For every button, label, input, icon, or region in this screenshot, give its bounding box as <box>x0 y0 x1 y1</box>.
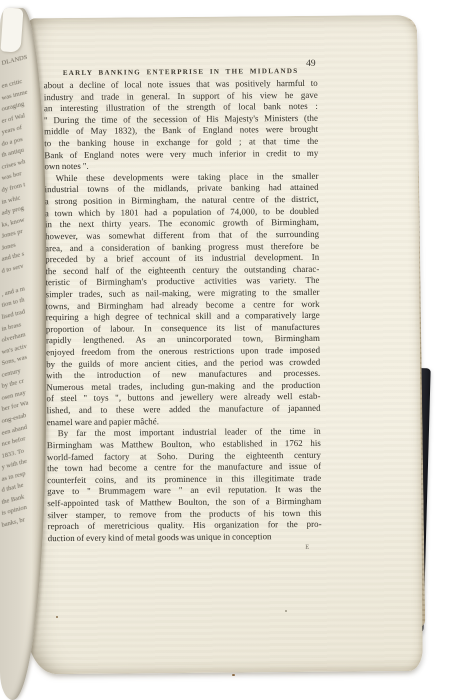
text-line: lished, and to these were added the manu… <box>47 403 321 417</box>
paragraph: By far the most important industrial lea… <box>47 426 322 544</box>
page-number: 49 <box>306 59 316 69</box>
text-line: reproach of meretricious quality. His or… <box>48 519 322 533</box>
text-block: about a decline of local note issues tha… <box>44 78 322 545</box>
book-photo: EARLY BANKING ENTERPRISE IN THE MIDLANDS… <box>0 0 452 700</box>
left-page-fragments: DLANDS en criticwas immeouraginger of Wa… <box>2 60 46 533</box>
paper-speck <box>56 616 58 618</box>
paragraph: about a decline of local note issues tha… <box>44 78 319 173</box>
running-head: EARLY BANKING ENTERPRISE IN THE MIDLANDS… <box>44 60 318 75</box>
left-page-fore-edge <box>0 8 23 53</box>
running-head-title: EARLY BANKING ENTERPRISE IN THE MIDLANDS <box>63 67 299 77</box>
paragraph: While these developments were taking pla… <box>44 171 320 429</box>
page-content: EARLY BANKING ENTERPRISE IN THE MIDLANDS… <box>44 60 322 554</box>
paper-speck <box>232 674 235 676</box>
paper-speck <box>285 610 287 612</box>
signature-mark: E <box>48 544 322 553</box>
right-page: EARLY BANKING ENTERPRISE IN THE MIDLANDS… <box>21 15 423 674</box>
text-line: duction of every kind of metal goods was… <box>48 531 322 545</box>
